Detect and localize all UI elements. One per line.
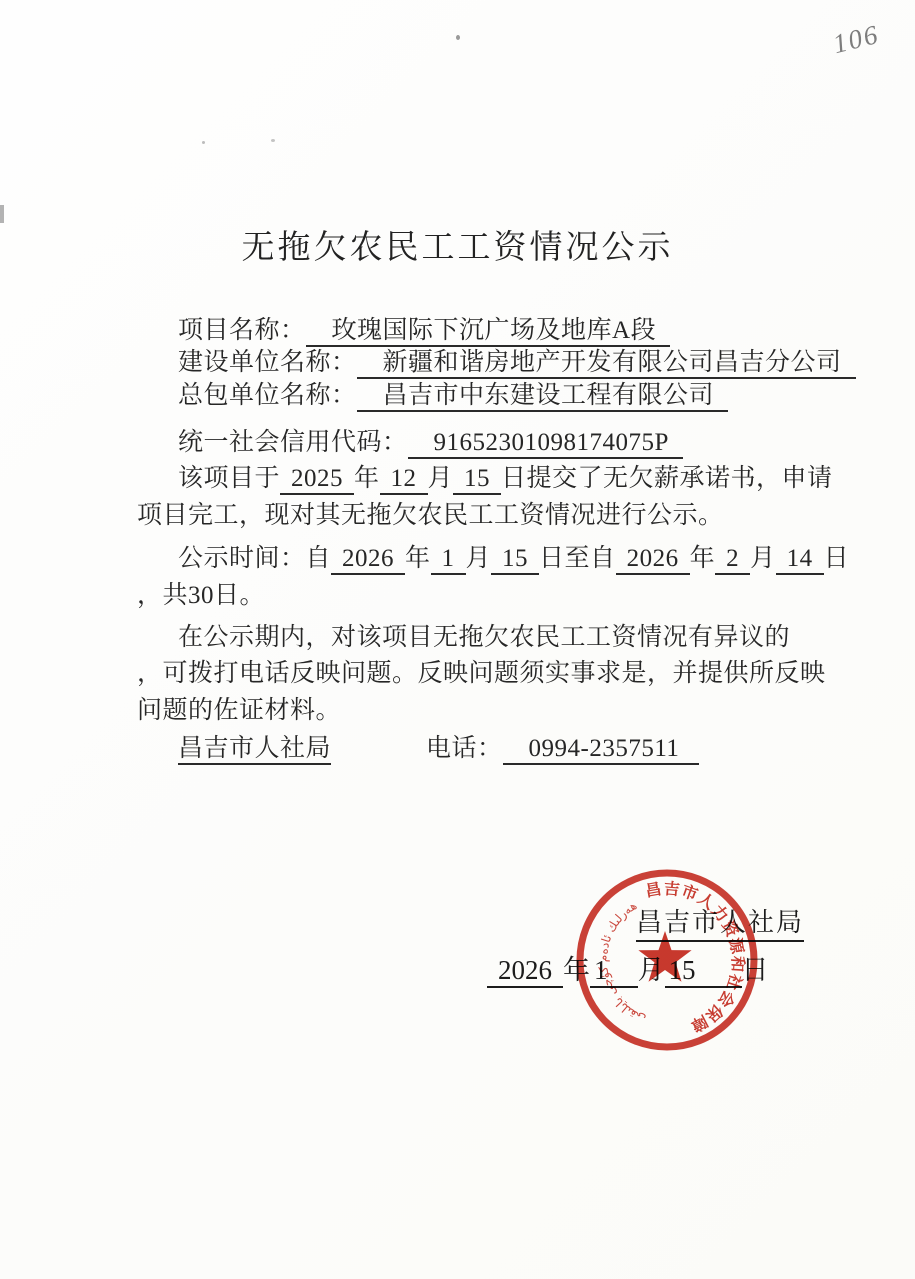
commit-prefix: 该项目于 (178, 465, 280, 492)
contractor-value: 昌吉市中东建设工程有限公司 (357, 382, 729, 412)
builder-line: 建设单位名称：新疆和谐房地产开发有限公司昌吉分公司 (178, 342, 856, 378)
objection-line-3: 问题的佐证材料。 (137, 690, 341, 726)
scan-speck (271, 139, 275, 142)
scan-speck (202, 141, 205, 144)
publicity-start-year: 2026 (331, 545, 405, 575)
scanned-notice-page: 106 无拖欠农民工工资情况公示 项目名称：玫瑰国际下沉广场及地库A段 建设单位… (0, 0, 915, 1279)
publicity-start-year-unit: 年 (405, 545, 431, 572)
commit-day: 15 (453, 465, 501, 495)
credit-code-line: 统一社会信用代码：91652301098174075P (178, 422, 683, 458)
duration-line: ，共30日。 (137, 575, 265, 611)
commit-suffix: 日提交了无欠薪承诺书，申请 (501, 465, 833, 492)
objection-line-2: ，可拨打电话反映问题。反映问题须实事求是，并提供所反映 (137, 653, 826, 689)
contractor-label: 总包单位名称： (178, 382, 357, 409)
commit-month: 12 (380, 465, 428, 495)
publicity-end-day: 14 (776, 545, 824, 575)
publicity-middle: 日至自 (539, 545, 616, 572)
publicity-start-month: 1 (431, 545, 466, 575)
publicity-start-month-unit: 月 (466, 545, 492, 572)
phone-label: 电话： (426, 735, 503, 762)
publicity-period-line: 公示时间：自2026年1月15日至自2026年2月14日 (178, 538, 849, 574)
publicity-end-month-unit: 月 (750, 545, 776, 572)
agency-name: 昌吉市人社局 (178, 735, 331, 765)
publicity-end-month: 2 (715, 545, 750, 575)
completion-line: 项目完工，现对其无拖欠农民工工资情况进行公示。 (137, 495, 724, 531)
commit-month-unit: 月 (428, 465, 454, 492)
footer-line: 昌吉市人社局电话：0994-2357511 (178, 728, 699, 764)
publicity-start-day: 15 (491, 545, 539, 575)
publicity-suffix: 日 (824, 545, 850, 572)
seal-graphic: 昌吉市人力资源和社会保障局 جاڭجى شەھەرلىك ئادەم كۈچى … (565, 858, 775, 1068)
handwritten-page-number: 106 (830, 19, 883, 60)
publicity-end-year-unit: 年 (690, 545, 716, 572)
notice-title: 无拖欠农民工工资情况公示 (0, 221, 915, 268)
official-seal: 昌吉市人力资源和社会保障局 جاڭجى شەھەرلىك ئادەم كۈچى … (565, 858, 775, 1068)
phone-value: 0994-2357511 (503, 735, 700, 765)
project-name-line: 项目名称：玫瑰国际下沉广场及地库A段 (178, 310, 670, 346)
seal-date-year: 2026 (487, 955, 563, 988)
builder-label: 建设单位名称： (178, 349, 357, 376)
objection-line-1: 在公示期内，对该项目无拖欠农民工工资情况有异议的 (178, 617, 790, 653)
credit-code-value: 91652301098174075P (408, 429, 683, 459)
publicity-prefix: 公示时间：自 (178, 545, 331, 572)
commitment-line: 该项目于2025年12月15日提交了无欠薪承诺书，申请 (178, 458, 833, 494)
seal-star-icon (638, 931, 691, 982)
commit-year-unit: 年 (354, 465, 380, 492)
credit-code-label: 统一社会信用代码： (178, 429, 408, 456)
scan-speck (456, 35, 460, 40)
contractor-line: 总包单位名称：昌吉市中东建设工程有限公司 (178, 375, 728, 411)
publicity-end-year: 2026 (616, 545, 690, 575)
commit-year: 2025 (280, 465, 354, 495)
project-name-label: 项目名称： (178, 317, 306, 344)
seal-ring-text-uyghur: جاڭجى شەھەرلىك ئادەم كۈچى بايلىقى (565, 858, 648, 1027)
